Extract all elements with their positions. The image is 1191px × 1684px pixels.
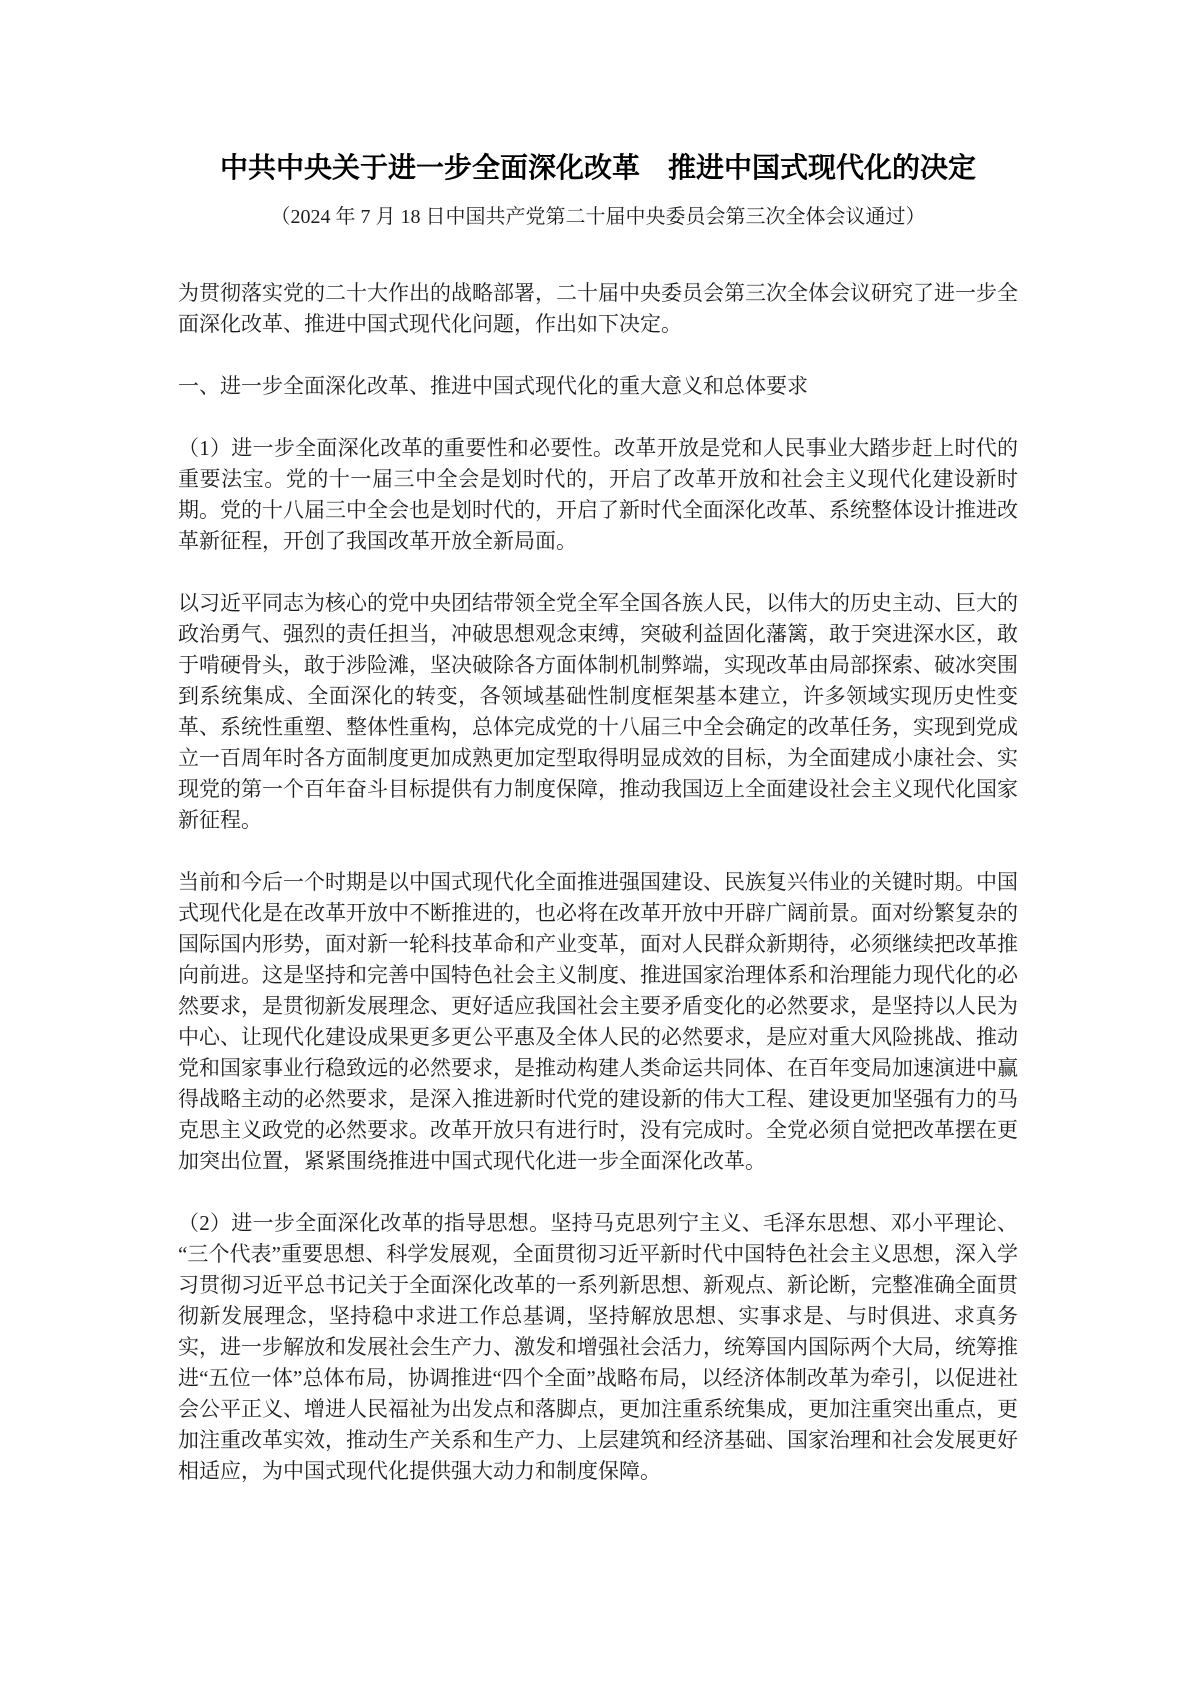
paragraph-item-1: （1）进一步全面深化改革的重要性和必要性。改革开放是党和人民事业大踏步赶上时代的… — [178, 433, 1018, 557]
section-heading-1: 一、进一步全面深化改革、推进中国式现代化的重大意义和总体要求 — [178, 371, 1018, 402]
paragraph-item-2: （2）进一步全面深化改革的指导思想。坚持马克思列宁主义、毛泽东思想、邓小平理论、… — [178, 1208, 1018, 1487]
document-title: 中共中央关于进一步全面深化改革 推进中国式现代化的决定 — [178, 148, 1018, 190]
document-subtitle: （2024 年 7 月 18 日中国共产党第二十届中央委员会第三次全体会议通过） — [178, 202, 1018, 232]
paragraph-preamble: 为贯彻落实党的二十大作出的战略部署，二十届中央委员会第三次全体会议研究了进一步全… — [178, 278, 1018, 340]
paragraph-current-period: 当前和今后一个时期是以中国式现代化全面推进强国建设、民族复兴伟业的关键时期。中国… — [178, 867, 1018, 1177]
document-page: 中共中央关于进一步全面深化改革 推进中国式现代化的决定 （2024 年 7 月 … — [0, 0, 1191, 1684]
document-body: 为贯彻落实党的二十大作出的战略部署，二十届中央委员会第三次全体会议研究了进一步全… — [178, 278, 1018, 1487]
paragraph-achievements: 以习近平同志为核心的党中央团结带领全党全军全国各族人民，以伟大的历史主动、巨大的… — [178, 588, 1018, 836]
